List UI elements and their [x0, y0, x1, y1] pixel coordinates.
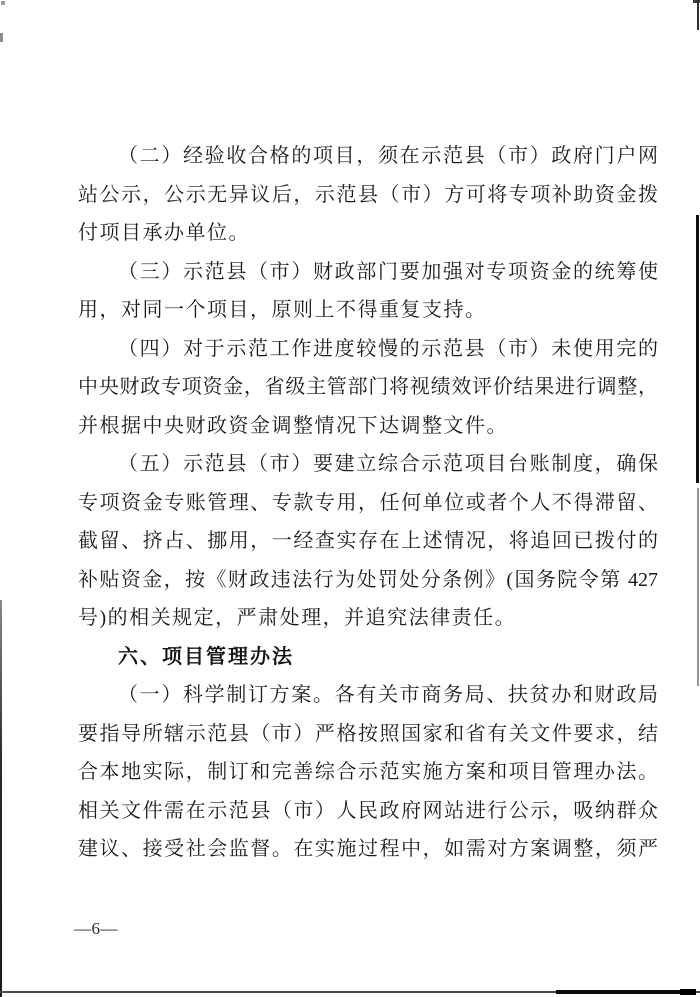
page-number: —6— — [74, 919, 118, 939]
text-line-15: （一）科学制订方案。各有关市商务局、扶贫办和财政局 — [78, 676, 658, 715]
text-line-12: 补贴资金，按《财政违法行为处罚处分条例》(国务院令第 427 — [78, 561, 658, 600]
text-line-6: （四）对于示范工作进度较慢的示范县（市）未使用完的 — [78, 330, 658, 369]
text-line-2: 站公示，公示无异议后，示范县（市）方可将专项补助资金拨 — [78, 176, 658, 215]
text-line-3: 付项目承办单位。 — [78, 214, 658, 253]
text-line-16: 要指导所辖示范县（市）严格按照国家和省有关文件要求，结 — [78, 715, 658, 754]
text-line-19: 建议、接受社会监督。在实施过程中，如需对方案调整，须严 — [78, 830, 658, 869]
scan-edge-left — [0, 600, 2, 997]
scan-speck-top-left-1 — [1, 1, 5, 5]
scanned-document-page: （二）经验收合格的项目，须在示范县（市）政府门户网 站公示，公示无异议后，示范县… — [0, 0, 700, 997]
scan-bottom-edge-corner-mark — [680, 989, 696, 995]
scan-bottom-edge-dark-segment — [556, 990, 693, 994]
document-body: （二）经验收合格的项目，须在示范县（市）政府门户网 站公示，公示无异议后，示范县… — [78, 137, 658, 869]
text-line-9: （五）示范县（市）要建立综合示范项目台账制度，确保 — [78, 445, 658, 484]
scan-edge-right-gray — [697, 488, 699, 686]
text-line-7: 中央财政专项资金，省级主管部门将视绩效评价结果进行调整， — [78, 368, 658, 407]
text-line-10: 专项资金专账管理、专款专用，任何单位或者个人不得滞留、 — [78, 484, 658, 523]
text-line-13: 号)的相关规定，严肃处理，并追究法律责任。 — [78, 599, 658, 638]
text-line-18: 相关文件需在示范县（市）人民政府网站进行公示，吸纳群众 — [78, 792, 658, 831]
text-line-17: 合本地实际，制订和完善综合示范实施方案和项目管理办法。 — [78, 753, 658, 792]
text-line-8: 并根据中央财政资金调整情况下达调整文件。 — [78, 407, 658, 446]
section-heading: 六、项目管理办法 — [78, 638, 658, 677]
scan-edge-right-black — [696, 215, 699, 483]
text-line-5: 用，对同一个项目，原则上不得重复支持。 — [78, 291, 658, 330]
text-line-1: （二）经验收合格的项目，须在示范县（市）政府门户网 — [78, 137, 658, 176]
text-line-4: （三）示范县（市）财政部门要加强对专项资金的统筹使 — [78, 253, 658, 292]
text-line-11: 截留、挤占、挪用，一经查实存在上述情况，将追回已拨付的 — [78, 522, 658, 561]
scan-edge-right-top — [697, 0, 699, 30]
scan-speck-top-left-2 — [0, 33, 3, 42]
